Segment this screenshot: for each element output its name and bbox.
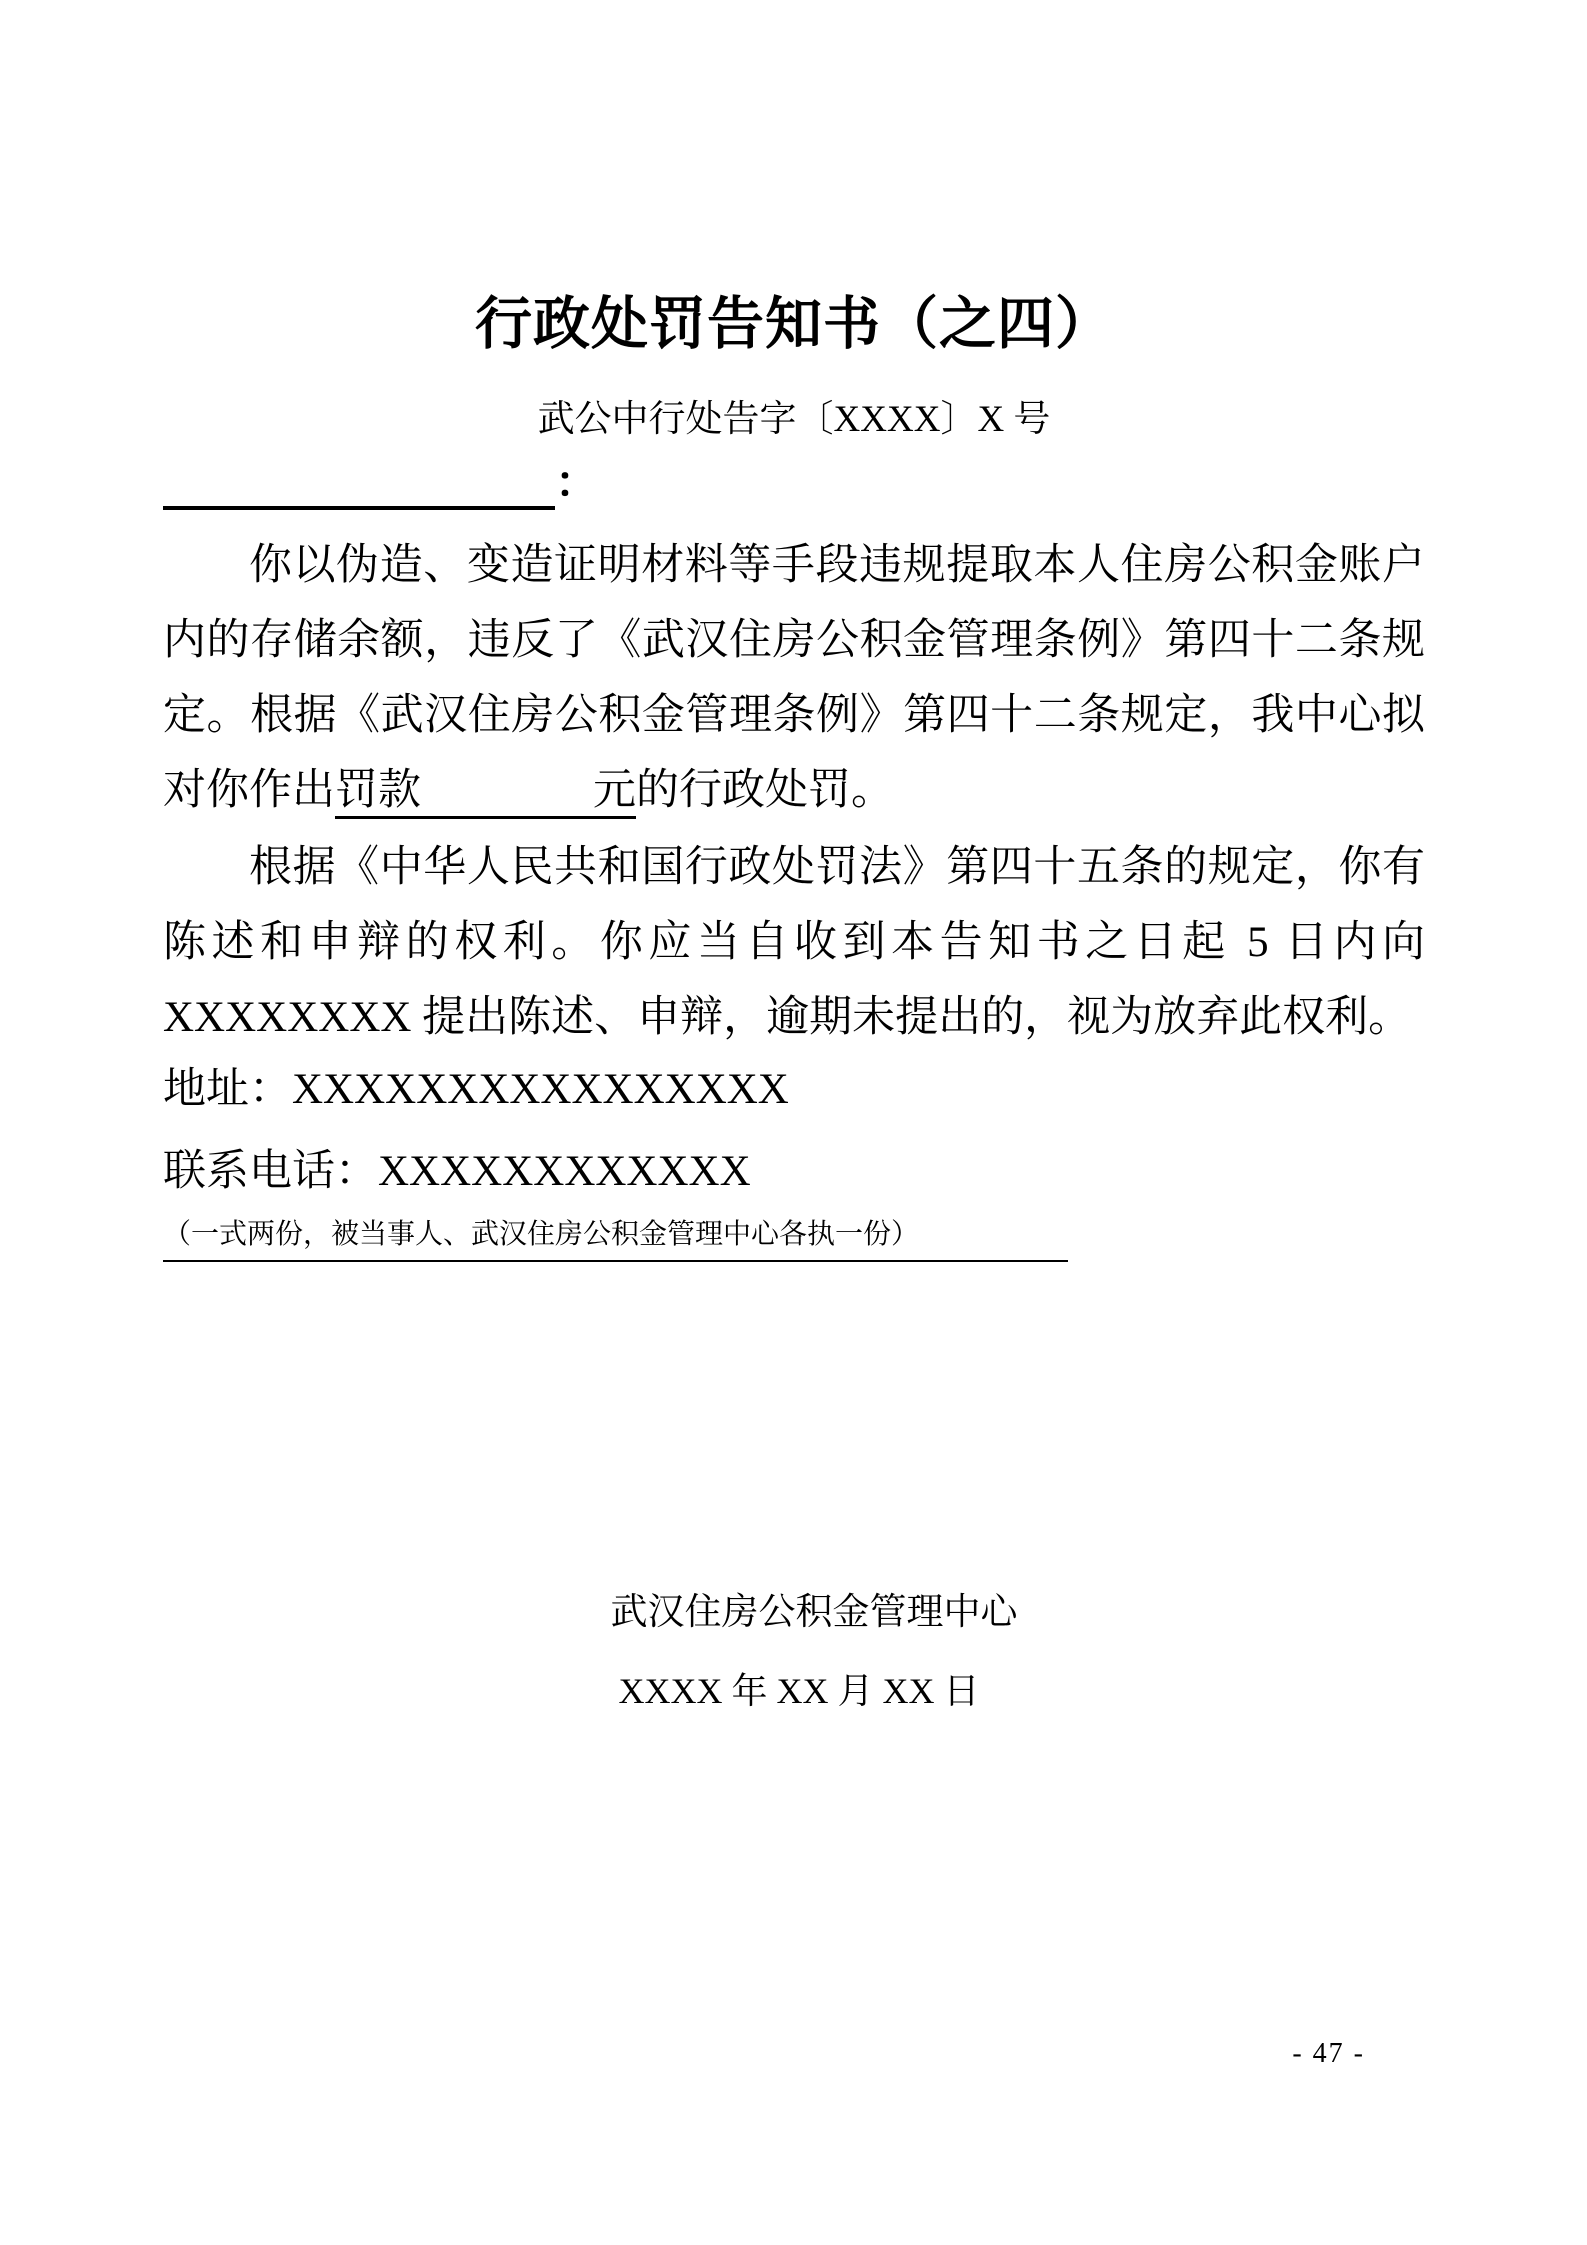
paragraph-violation: 你以伪造、变造证明材料等手段违规提取本人住房公积金账户内的存储余额，违反了《武汉… — [163, 528, 1425, 828]
address-value: XXXXXXXXXXXXXXXX — [292, 1066, 789, 1113]
page-number: - 47 - — [1292, 2038, 1365, 2070]
phone-line: 联系电话：XXXXXXXXXXXX — [163, 1142, 1425, 1202]
phone-value: XXXXXXXXXXXX — [378, 1148, 751, 1195]
paragraph-violation-tail: 的行政处罚。 — [636, 767, 894, 814]
address-line: 地址：XXXXXXXXXXXXXXXX — [163, 1060, 1425, 1120]
addressee-blank-field — [163, 462, 555, 510]
addressee-colon: ： — [555, 460, 598, 507]
copies-note-text: （一式两份，被当事人、武汉住房公积金管理中心各执一份） — [163, 1212, 1068, 1262]
document-page: 行政处罚告知书（之四） 武公中行处告字〔XXXX〕X 号 ： 你以伪造、变造证明… — [0, 0, 1587, 2245]
address-label: 地址： — [163, 1066, 292, 1113]
paragraph-rights: 根据《中华人民共和国行政处罚法》第四十五条的规定，你有陈述和申辩的权利。你应当自… — [163, 830, 1425, 1055]
signature-block: 武汉住房公积金管理中心 XXXX 年 XX 月 XX 日 — [163, 1588, 1425, 1716]
phone-label: 联系电话： — [163, 1148, 378, 1195]
copies-note-line: （一式两份，被当事人、武汉住房公积金管理中心各执一份） — [163, 1212, 1425, 1262]
document-number: 武公中行处告字〔XXXX〕X 号 — [163, 388, 1425, 442]
issuer-name: 武汉住房公积金管理中心 — [163, 1588, 1425, 1638]
issue-date: XXXX 年 XX 月 XX 日 — [163, 1666, 1425, 1716]
addressee-line: ： — [163, 458, 1425, 510]
document-title: 行政处罚告知书（之四） — [163, 278, 1425, 360]
fine-amount-blank-field: 罚款 元 — [335, 767, 636, 819]
